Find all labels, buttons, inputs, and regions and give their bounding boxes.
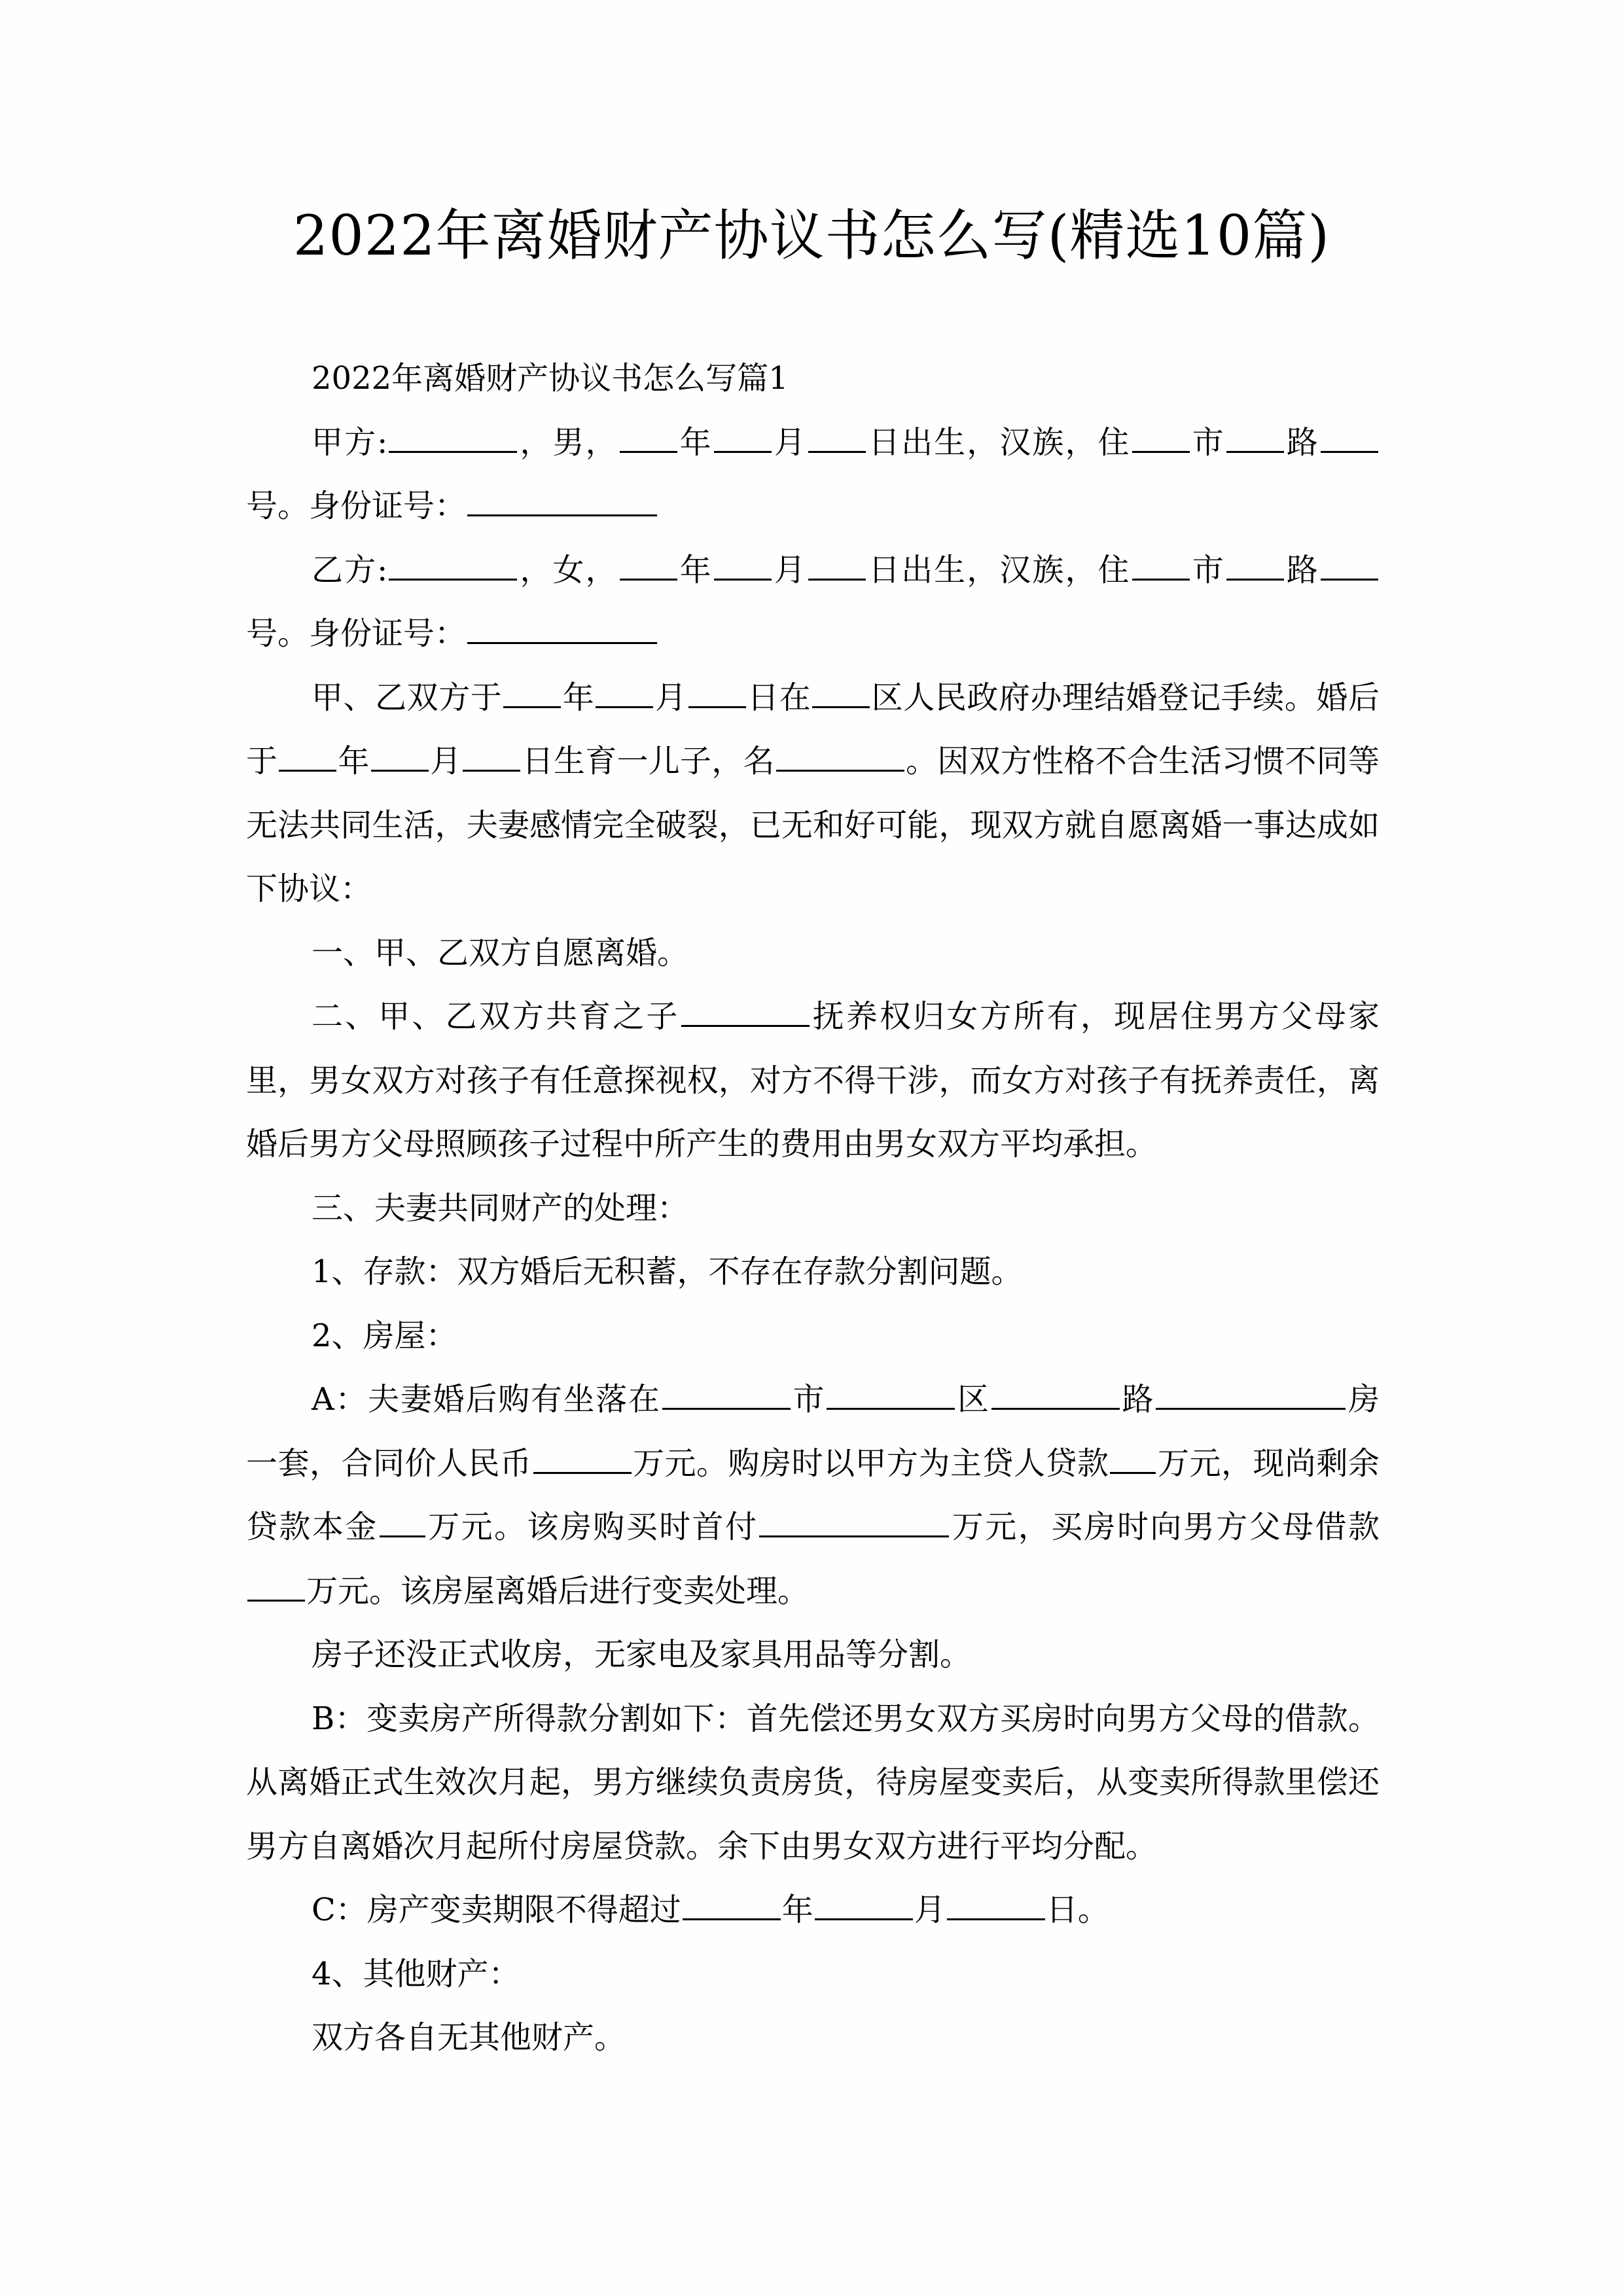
item-2-house: 2、房屋： <box>246 1304 1380 1369</box>
intro-paragraph: 甲、乙双方于年月日在区人民政府办理结婚登记手续。婚后于年月日生育一儿子，名。因双… <box>246 666 1380 922</box>
item-b-sale-split: B：变卖房产所得款分割如下：首先偿还男女双方买房时向男方父母的借款。从离婚正式生… <box>246 1687 1380 1879</box>
intro-text: 年 <box>338 743 370 780</box>
intro-text: 甲、乙双方于 <box>312 679 502 716</box>
month-blank <box>596 680 653 708</box>
birth-text: 日出生，汉族，住 <box>867 552 1131 588</box>
item-a-text: 万元。该房屋离婚后进行变卖处理。 <box>306 1573 809 1609</box>
id-blank <box>467 488 657 516</box>
month-blank <box>371 744 429 772</box>
intro-text: 月 <box>430 743 462 780</box>
number-blank <box>1321 425 1378 453</box>
day-blank <box>808 425 866 453</box>
birth-text: 日出生，汉族，住 <box>867 424 1131 461</box>
item-c-text: C：房产变卖期限不得超过 <box>312 1892 681 1928</box>
day-blank <box>808 552 866 581</box>
year-blank <box>620 425 677 453</box>
district-blank <box>827 1382 955 1410</box>
month-blank <box>714 425 772 453</box>
id-blank <box>467 616 657 644</box>
item-c-text: 年 <box>782 1892 813 1928</box>
intro-text: 日在 <box>747 679 811 716</box>
party-b-paragraph: 乙方:，女，年月日出生，汉族，住市路号。身份证号： <box>246 539 1380 666</box>
item-a-text: 路 <box>1121 1381 1154 1418</box>
city-blank <box>1132 552 1190 581</box>
party-a-paragraph: 甲方:，男，年月日出生，汉族，住市路号。身份证号： <box>246 411 1380 539</box>
year-blank <box>279 744 336 772</box>
item-a-text: 万元。购房时以甲方为主贷人贷款 <box>633 1445 1109 1482</box>
year-label: 年 <box>679 424 713 461</box>
city-label: 市 <box>1191 552 1225 588</box>
other-property-text: 双方各自无其他财产。 <box>246 2006 1380 2070</box>
clause-2: 二、甲、乙双方共育之子抚养权归女方所有，现居住男方父母家里，男女双方对孩子有任意… <box>246 985 1380 1177</box>
house-number-blank <box>1156 1382 1346 1410</box>
section-heading: 2022年离婚财产协议书怎么写篇1 <box>246 347 1380 411</box>
item-a-text: 市 <box>792 1381 825 1418</box>
city-blank <box>1132 425 1190 453</box>
month-blank <box>714 552 772 581</box>
principal-blank <box>380 1509 425 1537</box>
year-label: 年 <box>679 552 713 588</box>
loan-blank <box>1110 1446 1156 1474</box>
item-a-text: 万元。该房购买时首付 <box>427 1509 758 1545</box>
clause-2-text: 二、甲、乙双方共育之子 <box>312 998 680 1035</box>
day-blank <box>947 1892 1045 1920</box>
road-label: 路 <box>1285 552 1319 588</box>
item-a-text: 区 <box>956 1381 990 1418</box>
item-a-text: 万元，买房时向男方父母借款 <box>950 1509 1380 1545</box>
party-a-label: 甲方: <box>312 424 387 461</box>
intro-text: 月 <box>654 679 687 716</box>
item-c-text: 日。 <box>1046 1892 1109 1928</box>
item-1-savings: 1、存款：双方婚后无积蓄，不存在存款分割问题。 <box>246 1240 1380 1304</box>
clause-1: 一、甲、乙双方自愿离婚。 <box>246 922 1380 986</box>
year-blank <box>620 552 677 581</box>
clause-3: 三、夫妻共同财产的处理： <box>246 1177 1380 1241</box>
day-blank <box>463 744 520 772</box>
item-c-text: 月 <box>914 1892 946 1928</box>
item-a-text: A：夫妻婚后购有坐落在 <box>312 1381 661 1418</box>
road-blank <box>1226 552 1284 581</box>
road-label: 路 <box>1285 424 1319 461</box>
party-b-label: 乙方: <box>312 552 387 588</box>
day-blank <box>688 680 746 708</box>
item-4-other-property: 4、其他财产： <box>246 1943 1380 2007</box>
id-label: 号。身份证号： <box>246 488 466 524</box>
document-title: 2022年离婚财产协议书怎么写(精选10篇) <box>0 200 1623 272</box>
city-blank <box>662 1382 791 1410</box>
month-label: 月 <box>773 552 807 588</box>
year-blank <box>503 680 561 708</box>
road-blank <box>991 1382 1120 1410</box>
house-note: 房子还没正式收房，无家电及家具用品等分割。 <box>246 1623 1380 1687</box>
city-label: 市 <box>1191 424 1225 461</box>
district-blank <box>812 680 870 708</box>
intro-text: 日生育一儿子，名 <box>522 743 774 780</box>
month-blank <box>815 1892 913 1920</box>
document-body: 2022年离婚财产协议书怎么写篇1 甲方:，男，年月日出生，汉族，住市路号。身份… <box>246 347 1380 2070</box>
intro-text: 年 <box>562 679 594 716</box>
item-c-sale-deadline: C：房产变卖期限不得超过年月日。 <box>246 1878 1380 1943</box>
gender-text: ，女， <box>518 552 618 588</box>
name-blank <box>389 425 517 453</box>
id-label: 号。身份证号： <box>246 615 466 652</box>
child-name-blank <box>681 999 810 1027</box>
month-label: 月 <box>773 424 807 461</box>
number-blank <box>1321 552 1378 581</box>
gender-text: ，男， <box>518 424 618 461</box>
name-blank <box>389 552 517 581</box>
document-page: 2022年离婚财产协议书怎么写(精选10篇) 2022年离婚财产协议书怎么写篇1… <box>0 0 1623 2296</box>
down-payment-blank <box>759 1509 949 1537</box>
item-a-house-details: A：夫妻婚后购有坐落在市区路房一套，合同价人民币万元。购房时以甲方为主贷人贷款万… <box>246 1368 1380 1623</box>
parent-loan-blank <box>247 1573 305 1602</box>
road-blank <box>1226 425 1284 453</box>
year-blank <box>683 1892 781 1920</box>
price-blank <box>533 1446 632 1474</box>
child-name-blank <box>776 744 904 772</box>
